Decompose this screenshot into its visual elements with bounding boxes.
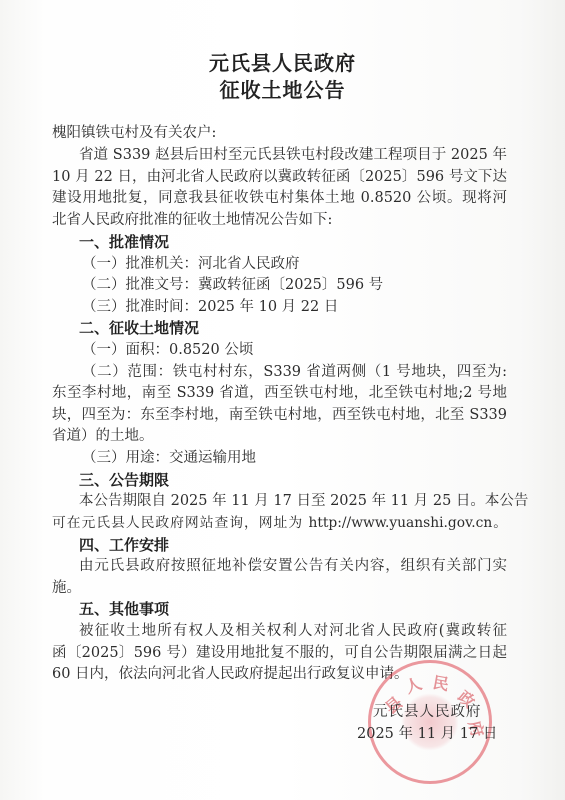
signature-date: 2025 年 11 月 17 日 xyxy=(357,722,497,743)
intro-line-1: 省道 S339 赵县后田村至元氏县铁屯村段改建工程项目于 2025 年 xyxy=(79,145,507,165)
land-scope-line-1: （二）范围：铁屯村村东，S339 省道两侧（1 号地块，四至为: xyxy=(82,362,507,382)
period-line-1: 本公告期限自 2025 年 11 月 17 日至 2025 年 11 月 25 … xyxy=(79,491,507,511)
document-page: 元氏县人民政府 征收土地公告 槐阳镇铁屯村及有关农户: 省道 S339 赵县后田… xyxy=(0,0,565,800)
seal-char: 民 xyxy=(431,670,451,695)
land-use: （三）用途：交通运输用地 xyxy=(82,448,256,468)
land-scope-line-3: 块，四至为：东至李村地，南至铁屯村地，西至铁屯村地，北至 S339 xyxy=(52,405,507,425)
section-heading-period: 三、公告期限 xyxy=(79,470,169,490)
approval-date: （三）批准时间：2025 年 10 月 22 日 xyxy=(82,297,338,317)
land-scope-line-4: 省道）的土地。 xyxy=(52,426,154,446)
other-line-3: 60 日内，依法向河北省人民政府提起出行政复议申请。 xyxy=(52,664,409,684)
period-line-2: 可在元氏县人民政府网站查询，网址为 http://www.yuanshi.gov… xyxy=(52,513,507,533)
approval-document-number: （二）批准文号：冀政转征函〔2025〕596 号 xyxy=(82,275,383,295)
approval-authority: （一）批准机关：河北省人民政府 xyxy=(82,254,300,274)
intro-line-3: 建设用地批复，同意我县征收铁屯村集体土地 0.8520 公顷。现将河 xyxy=(52,188,507,208)
other-line-1: 被征收土地所有权人及相关权利人对河北省人民政府(冀政转征 xyxy=(79,621,507,641)
land-scope-line-2: 东至李村地，南至 S339 省道，西至铁屯村地，北至铁屯村地;2 号地 xyxy=(52,383,507,403)
work-line-2: 施。 xyxy=(52,578,81,598)
land-area: （一）面积：0.8520 公顷 xyxy=(82,340,253,360)
section-heading-work: 四、工作安排 xyxy=(79,535,169,555)
work-line-1: 由元氏县政府按照征地补偿安置公告有关内容，组织有关部门实 xyxy=(79,556,507,576)
intro-line-2: 10 月 22 日，由河北省人民政府以冀政转征函〔2025〕596 号文下达 xyxy=(52,167,507,187)
section-heading-approval: 一、批准情况 xyxy=(79,232,169,252)
title-notice: 征收土地公告 xyxy=(0,74,565,103)
section-heading-other: 五、其他事项 xyxy=(79,599,169,619)
section-heading-land: 二、征收土地情况 xyxy=(79,318,199,338)
title-issuer: 元氏县人民政府 xyxy=(0,47,565,76)
intro-line-4: 北省人民政府批准的征收土地情况公告如下: xyxy=(52,210,332,230)
signature-issuer: 元氏县人民政府 xyxy=(373,700,482,721)
greeting: 槐阳镇铁屯村及有关农户: xyxy=(52,123,216,143)
